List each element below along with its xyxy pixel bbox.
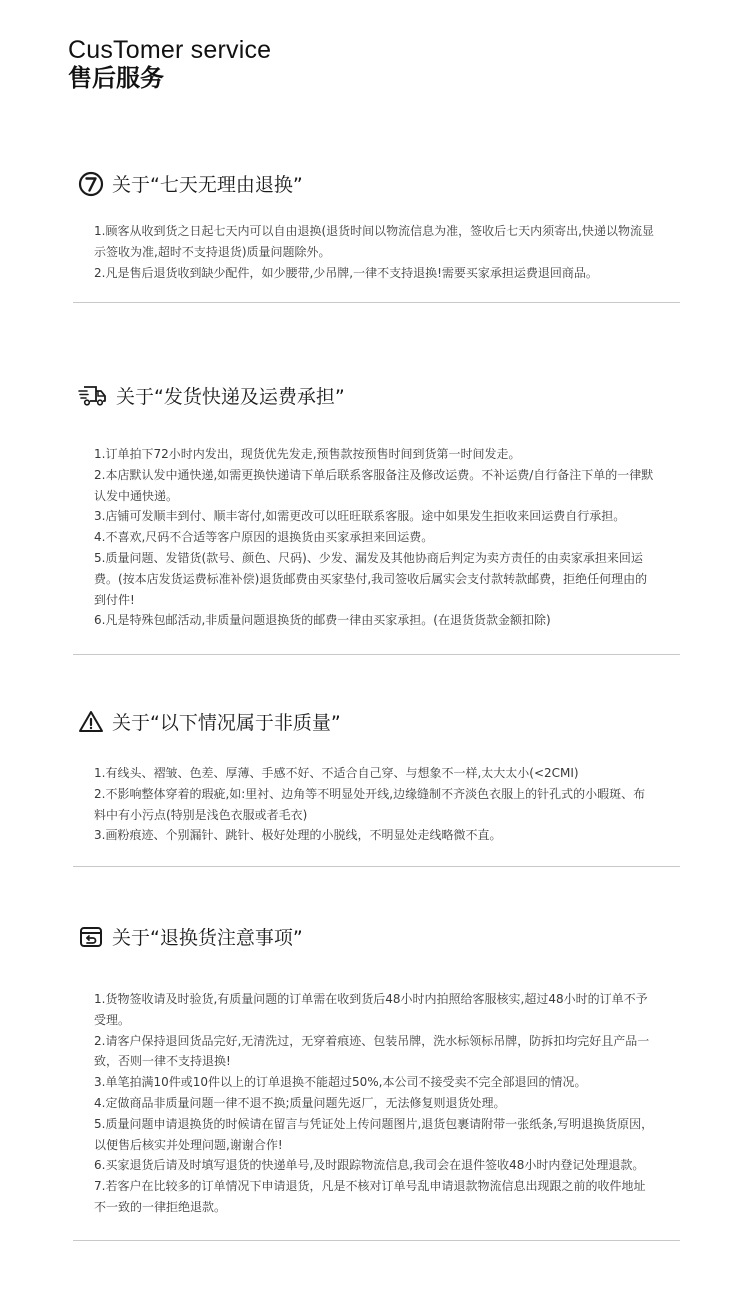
- rule-item: 5.质量问题申请退换货的时候请在留言与凭证处上传问题图片,退货包裹请附带一张纸条…: [94, 1114, 654, 1156]
- section-divider: [73, 302, 680, 303]
- section-body-return-notes: 1.货物签收请及时验货,有质量问题的订单需在收到货后48小时内拍照给客服核实,超…: [94, 989, 654, 1218]
- warning-triangle-icon: [78, 709, 104, 735]
- rule-item: 4.定做商品非质量问题一律不退不换;质量问题先返厂，无法修复则退货处理。: [94, 1093, 654, 1114]
- section-body-seven-day-return: 1.顾客从收到货之日起七天内可以自由退换(退货时间以物流信息为准，签收后七天内须…: [94, 221, 654, 283]
- rule-item: 2.凡是售后退货收到缺少配件，如少腰带,少吊牌,一律不支持退换!需要买家承担运费…: [94, 263, 654, 284]
- section-title-return-notes: 关于“退换货注意事项”: [78, 923, 303, 950]
- rule-item: 3.画粉痕迹、个别漏针、跳针、极好处理的小脱线，不明显处走线略微不直。: [94, 825, 654, 846]
- section-title-text: 关于“发货快递及运费承担”: [116, 382, 345, 409]
- rule-item: 2.本店默认发中通快递,如需更换快递请下单后联系客服备注及修改运费。不补运费/自…: [94, 465, 654, 507]
- rule-item: 3.店铺可发顺丰到付、顺丰寄付,如需更改可以旺旺联系客服。途中如果发生拒收来回运…: [94, 506, 654, 527]
- rule-item: 1.顾客从收到货之日起七天内可以自由退换(退货时间以物流信息为准，签收后七天内须…: [94, 221, 654, 263]
- section-title-seven-day-return: 关于“七天无理由退换”: [78, 170, 303, 197]
- rule-item: 6.买家退货后请及时填写退货的快递单号,及时跟踪物流信息,我司会在退件签收48小…: [94, 1155, 654, 1176]
- return-box-icon: [78, 924, 104, 950]
- rule-item: 2.不影响整体穿着的瑕疵,如:里衬、边角等不明显处开线,边缘缝制不齐淡色衣服上的…: [94, 784, 654, 826]
- section-title-text: 关于“七天无理由退换”: [112, 170, 303, 197]
- rule-item: 7.若客户在比较多的订单情况下申请退货，凡是不核对订单号乱申请退款物流信息出现跟…: [94, 1176, 654, 1218]
- rule-item: 1.有线头、褶皱、色差、厚薄、手感不好、不适合自己穿、与想象不一样,太大太小(<…: [94, 763, 654, 784]
- rule-item: 3.单笔拍满10件或10件以上的订单退换不能超过50%,本公司不接受卖不完全部退…: [94, 1072, 654, 1093]
- rule-item: 1.货物签收请及时验货,有质量问题的订单需在收到货后48小时内拍照给客服核实,超…: [94, 989, 654, 1031]
- section-divider: [73, 654, 680, 655]
- rule-item: 1.订单拍下72小时内发出，现货优先发走,预售款按预售时间到货第一时间发走。: [94, 444, 654, 465]
- delivery-truck-icon: [78, 383, 108, 409]
- rule-item: 2.请客户保持退回货品完好,无清洗过，无穿着痕迹、包装吊牌，洗水标领标吊牌，防拆…: [94, 1031, 654, 1073]
- header-title-cn: 售后服务: [68, 64, 271, 92]
- section-divider: [73, 1240, 680, 1241]
- page-header: CusTomer service 售后服务: [68, 36, 271, 92]
- section-title-shipping: 关于“发货快递及运费承担”: [78, 382, 345, 409]
- section-title-text: 关于“以下情况属于非质量”: [112, 708, 341, 735]
- header-title-en: CusTomer service: [68, 36, 271, 64]
- rule-item: 5.质量问题、发错货(款号、颜色、尺码)、少发、漏发及其他协商后判定为卖方责任的…: [94, 548, 654, 610]
- section-title-text: 关于“退换货注意事项”: [112, 923, 303, 950]
- section-body-shipping: 1.订单拍下72小时内发出，现货优先发走,预售款按预售时间到货第一时间发走。 2…: [94, 444, 654, 631]
- seven-days-circle-icon: [78, 171, 104, 197]
- section-divider: [73, 866, 680, 867]
- rule-item: 6.凡是特殊包邮活动,非质量问题退换货的邮费一律由买家承担。(在退货货款金额扣除…: [94, 610, 654, 631]
- section-body-non-quality: 1.有线头、褶皱、色差、厚薄、手感不好、不适合自己穿、与想象不一样,太大太小(<…: [94, 763, 654, 846]
- section-title-non-quality: 关于“以下情况属于非质量”: [78, 708, 341, 735]
- rule-item: 4.不喜欢,尺码不合适等客户原因的退换货由买家承担来回运费。: [94, 527, 654, 548]
